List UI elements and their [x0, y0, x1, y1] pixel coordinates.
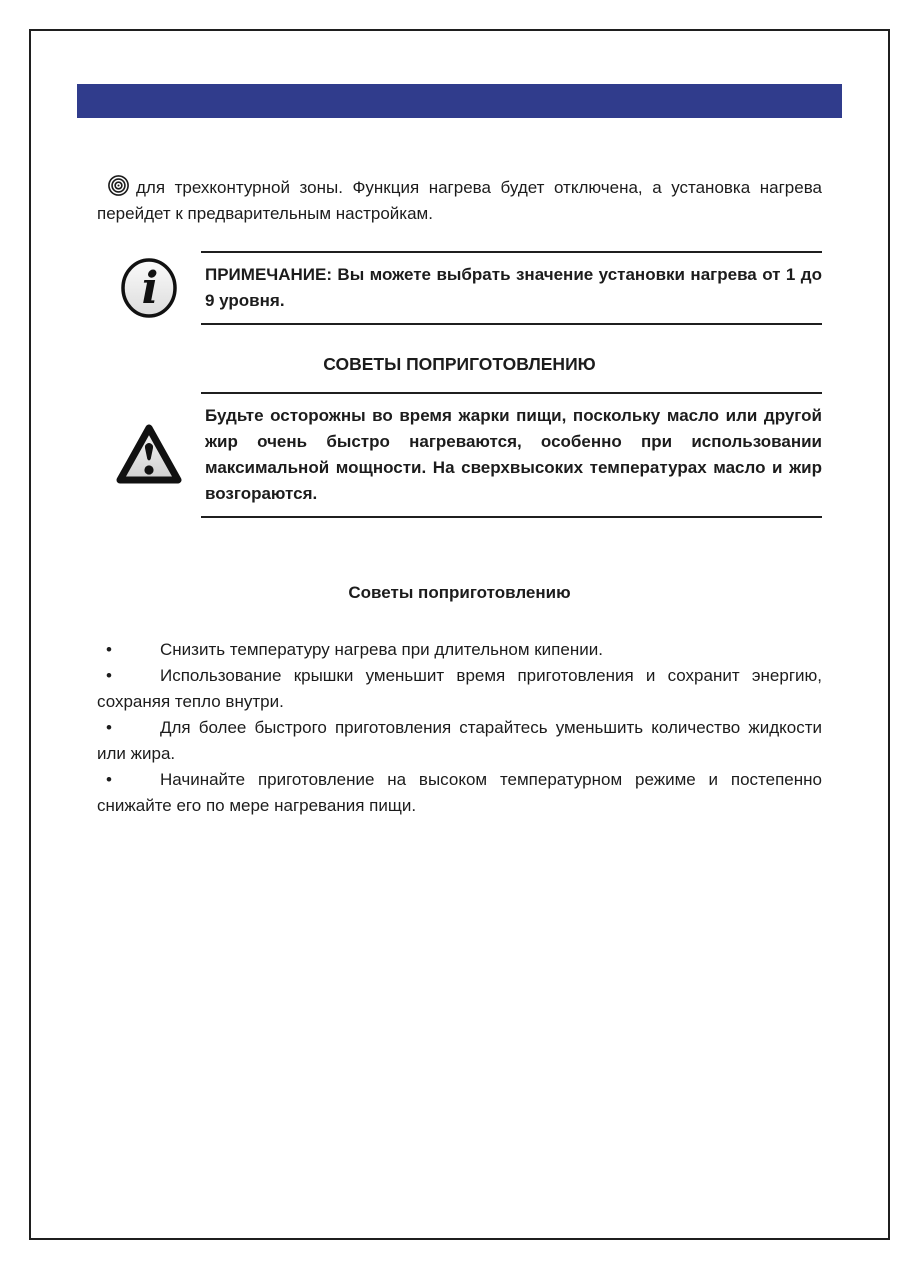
- warning-icon: [113, 421, 185, 489]
- note-text: ПРИМЕЧАНИЕ: Вы можете выбрать значение у…: [205, 262, 822, 314]
- warning-text: Будьте осторожны во время жарки пищи, по…: [205, 403, 822, 507]
- list-item: •Начинайте приготовление на высоком темп…: [97, 767, 822, 819]
- header-title-bar: [77, 84, 842, 118]
- tip-text: Начинайте приготовление на высоком темпе…: [97, 770, 822, 815]
- list-item: •Использование крышки уменьшит время при…: [97, 663, 822, 715]
- tip-text: Использование крышки уменьшит время приг…: [97, 666, 822, 711]
- list-item: •Снизить температуру нагрева при длитель…: [97, 637, 822, 663]
- tip-text: Для более быстрого приготовления старайт…: [97, 718, 822, 763]
- list-item: •Для более быстрого приготовления старай…: [97, 715, 822, 767]
- triple-ring-zone-icon: [107, 174, 130, 197]
- warning-callout: Будьте осторожны во время жарки пищи, по…: [97, 392, 822, 518]
- info-icon: i: [119, 257, 179, 319]
- section-title: СОВЕТЫ ПОПРИГОТОВЛЕНИЮ: [97, 351, 822, 377]
- intro-text: для трехконтурной зоны. Функция нагрева …: [97, 178, 822, 223]
- tip-text: Снизить температуру нагрева при длительн…: [160, 640, 603, 659]
- svg-text:i: i: [142, 263, 159, 314]
- page-border-frame: для трехконтурной зоны. Функция нагрева …: [29, 29, 890, 1240]
- tips-title: Советы поприготовлению: [97, 580, 822, 606]
- bullet-marker: •: [97, 767, 160, 793]
- bullet-marker: •: [97, 715, 160, 741]
- bullet-marker: •: [97, 663, 160, 689]
- tips-list: •Снизить температуру нагрева при длитель…: [97, 637, 822, 819]
- manual-page: { "colors": { "header_bar": "#303c8c", "…: [0, 0, 918, 1270]
- intro-paragraph: для трехконтурной зоны. Функция нагрева …: [97, 174, 822, 227]
- bullet-marker: •: [97, 637, 160, 663]
- note-callout: i ПРИМЕЧАНИЕ: Вы можете выбрать значение…: [97, 251, 822, 325]
- page-content: для трехконтурной зоны. Функция нагрева …: [31, 174, 888, 819]
